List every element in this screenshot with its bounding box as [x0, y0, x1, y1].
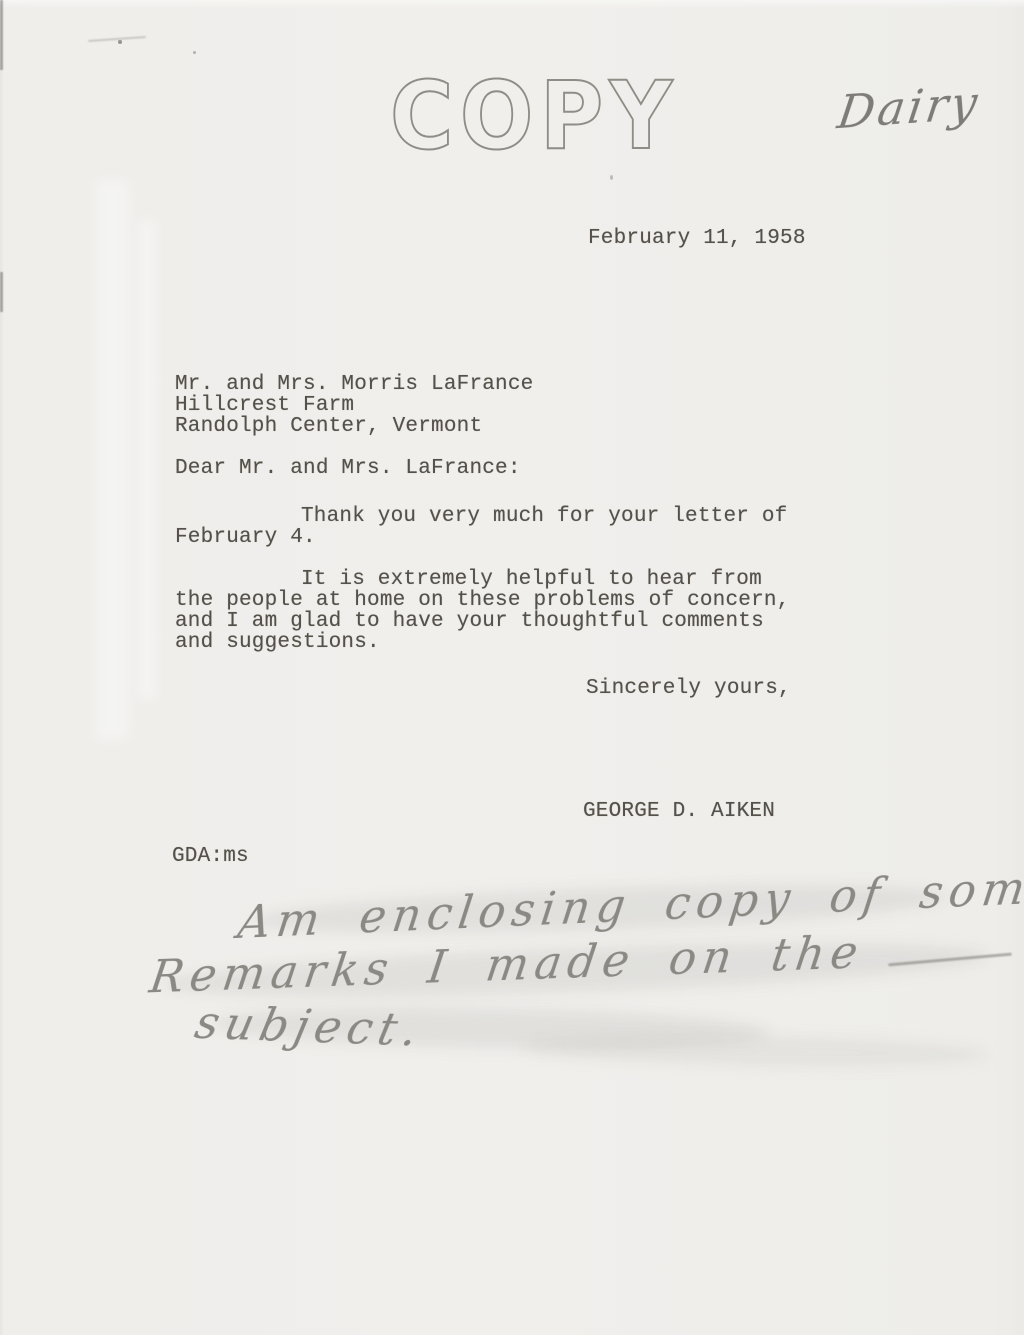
scan-edge-mark [0, 0, 3, 70]
recipient-line-2: Hillcrest Farm [175, 395, 354, 416]
para2-line-1: It is extremely helpful to hear from [175, 569, 762, 590]
copy-stamp: COPY [390, 70, 679, 164]
para2-line-4: and suggestions. [175, 632, 380, 653]
scan-band [138, 220, 156, 700]
scanned-letter-page: COPY Dairy February 11, 1958 Mr. and Mrs… [0, 0, 1024, 1335]
pencil-smudge [520, 1032, 990, 1070]
pencil-speck [193, 51, 196, 54]
pencil-speck [610, 175, 613, 180]
recipient-line-1: Mr. and Mrs. Morris LaFrance [175, 374, 533, 395]
handwritten-note-line-3: subject. [190, 996, 428, 1057]
para2-line-3: and I am glad to have your thoughtful co… [175, 611, 764, 632]
pencil-tail-stroke [888, 953, 1012, 967]
reference-initials: GDA:ms [172, 846, 249, 867]
para1-line-1: Thank you very much for your letter of [175, 506, 787, 527]
letter-date: February 11, 1958 [588, 228, 806, 249]
closing: Sincerely yours, [586, 678, 791, 699]
recipient-line-3: Randolph Center, Vermont [175, 416, 482, 437]
salutation: Dear Mr. and Mrs. LaFrance: [175, 458, 521, 479]
handwritten-annotation-dairy: Dairy [834, 75, 983, 140]
signature-name: GEORGE D. AIKEN [583, 801, 775, 822]
scan-band [95, 180, 129, 740]
pencil-speck [118, 40, 122, 44]
pencil-mark [88, 36, 146, 42]
para1-line-2: February 4. [175, 527, 316, 548]
para2-line-2: the people at home on these problems of … [175, 590, 790, 611]
scan-edge-mark [0, 272, 3, 312]
